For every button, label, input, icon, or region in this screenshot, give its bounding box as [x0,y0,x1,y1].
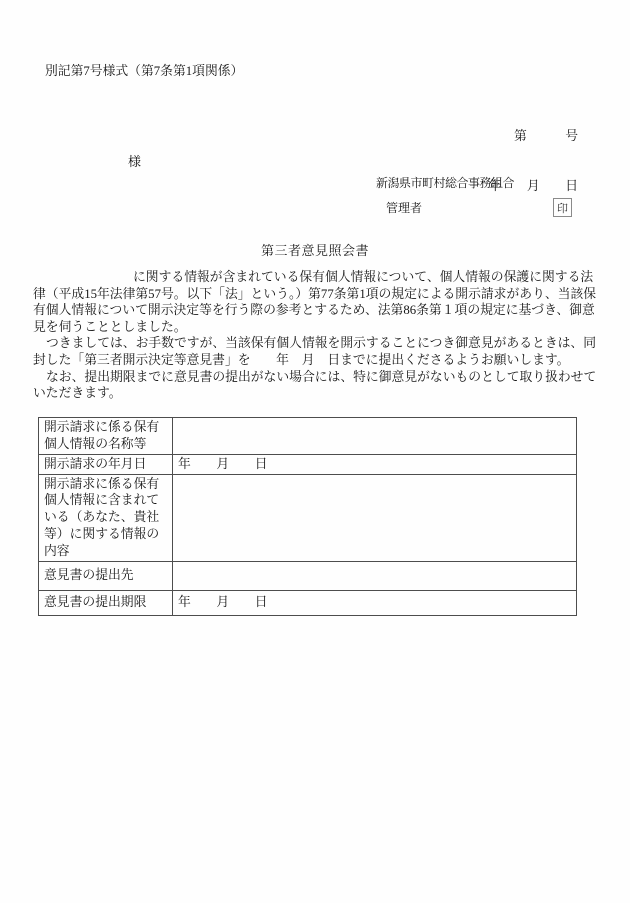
row-value: 年 月 日 [173,454,577,474]
form-number: 別記第7号様式（第7条第1項関係） [45,60,243,79]
table-row: 開示請求に係る保有個人情報に含まれている（あなた、貴社等）に関する情報の内容 [39,474,577,561]
table-row: 意見書の提出期限 年 月 日 [39,590,577,615]
seal-icon: 印 [557,200,568,216]
row-label: 意見書の提出期限 [39,590,173,615]
page-title: 第三者意見照会書 [0,240,630,259]
row-label: 開示請求の年月日 [39,454,173,474]
sender-title: 管理者 [386,199,422,216]
body-paragraph-3: なお、提出期限までに意見書の提出がない場合には、特に御意見がないものとして取り扱… [33,369,599,402]
table-row: 開示請求の年月日 年 月 日 [39,454,577,474]
body-text: に関する情報が含まれている保有個人情報について、個人情報の保護に関する法律（平成… [33,269,599,402]
sender-organization: 新潟県市町村総合事務組合 [376,174,514,191]
body-paragraph-1: に関する情報が含まれている保有個人情報について、個人情報の保護に関する法律（平成… [33,269,599,335]
doc-number-line: 第 号 [488,128,578,145]
table-row: 意見書の提出先 [39,561,577,590]
info-table: 開示請求に係る保有個人情報の名称等 開示請求の年月日 年 月 日 開示請求に係る… [38,417,577,616]
row-label: 開示請求に係る保有個人情報に含まれている（あなた、貴社等）に関する情報の内容 [39,474,173,561]
seal-box: 印 [553,198,572,217]
body-paragraph-2: つきましては、お手数ですが、当該保有個人情報を開示することにつき御意見があるとき… [33,335,599,368]
row-label: 意見書の提出先 [39,561,173,590]
addressee-sama: 様 [128,151,141,170]
row-value [173,474,577,561]
row-value: 年 月 日 [173,590,577,615]
document-page: 別記第7号様式（第7条第1項関係） 第 号 年 月 日 様 新潟県市町村総合事務… [0,0,630,903]
row-value [173,418,577,455]
row-value [173,561,577,590]
table-row: 開示請求に係る保有個人情報の名称等 [39,418,577,455]
row-label: 開示請求に係る保有個人情報の名称等 [39,418,173,455]
